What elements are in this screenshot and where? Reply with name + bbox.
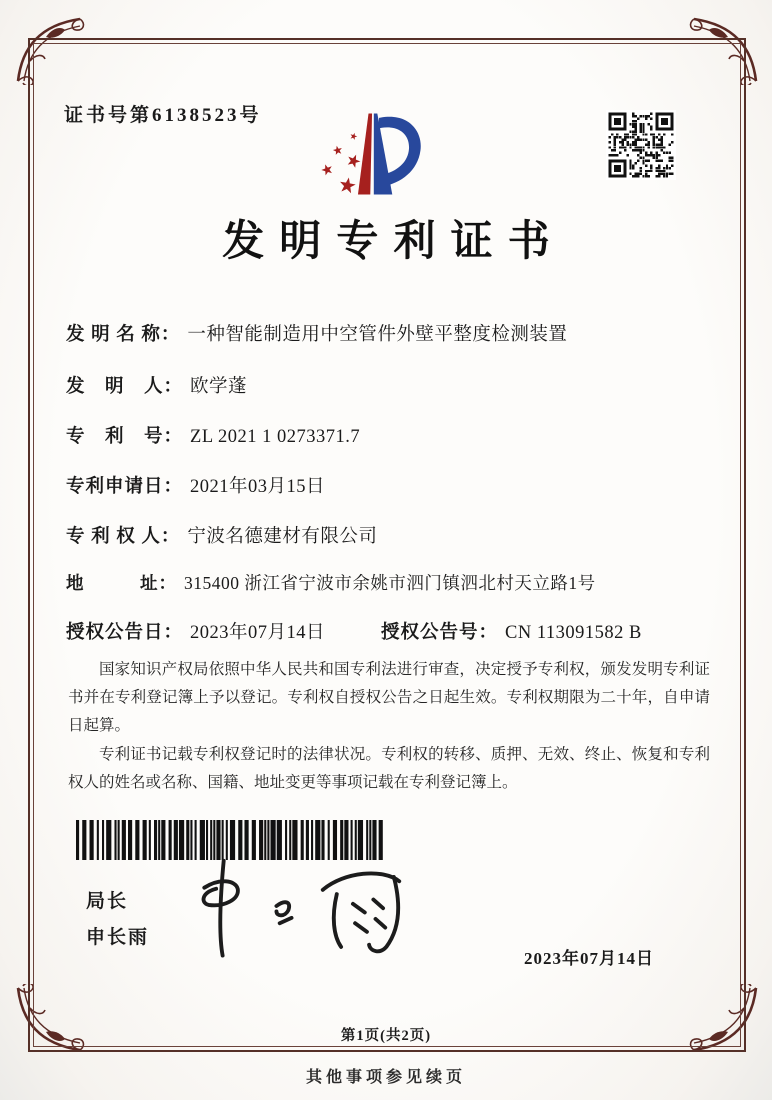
field-value: 315400 浙江省宁波市余姚市泗门镇泗北村天立路1号 [184, 573, 596, 593]
qr-code [606, 110, 676, 180]
logo-p-bowl [378, 117, 421, 187]
field-value: 2023年07月14日 [190, 623, 325, 643]
certificate: 证书号第6138523号 发明专利证书 发 明 名 称：一种智能制造用 [0, 0, 772, 1100]
continuation-note: 其他事项参见续页 [0, 1064, 772, 1087]
field-address: 地 址：315400 浙江省宁波市余姚市泗门镇泗北村天立路1号 [66, 570, 736, 595]
field-label: 专 利 权 人： [66, 527, 180, 547]
legal-text: 国家知识产权局依照中华人民共和国专利法进行审查，决定授予专利权，颁发发明专利证书… [68, 656, 710, 797]
field-value: 2021年03月15日 [190, 477, 325, 497]
certificate-number: 证书号第6138523号 [64, 100, 262, 127]
field-inventor: 发 明 人：欧学蓬 [66, 372, 736, 398]
field-label: 地 址： [66, 573, 177, 593]
director-name: 申长雨 [86, 922, 149, 949]
field-filing-date: 专利申请日：2021年03月15日 [66, 472, 736, 498]
field-label: 专利申请日： [66, 477, 183, 497]
cnipa-logo [299, 96, 475, 212]
field-label: 授权公告号： [381, 623, 498, 643]
field-label: 授权公告日： [66, 623, 183, 643]
logo-stars [320, 132, 362, 194]
legal-paragraph-2: 专利证书记载专利权登记时的法律状况。专利权的转移、质押、无效、终止、恢复和专利权… [68, 741, 710, 797]
field-invention-name: 发 明 名 称：一种智能制造用中空管件外壁平整度检测装置 [66, 320, 736, 346]
director-title: 局长 [86, 886, 128, 913]
field-label: 发 明 人： [66, 377, 183, 397]
field-patentee: 专 利 权 人：宁波名德建材有限公司 [66, 522, 736, 548]
issue-date: 2023年07月14日 [524, 944, 654, 969]
field-value: ZL 2021 1 0273371.7 [190, 427, 360, 447]
field-grant: 授权公告日：2023年07月14日授权公告号：CN 113091582 B [66, 618, 736, 644]
field-value: 宁波名德建材有限公司 [187, 527, 377, 547]
field-patent-number: 专 利 号：ZL 2021 1 0273371.7 [66, 422, 736, 448]
field-value: 欧学蓬 [190, 377, 247, 397]
page-number: 第1页(共2页) [0, 1024, 772, 1045]
logo-red-stroke [358, 114, 372, 195]
field-label: 发 明 名 称： [66, 325, 180, 345]
signature-handwriting [172, 852, 452, 960]
field-label: 专 利 号： [66, 427, 183, 447]
field-value: CN 113091582 B [505, 623, 642, 643]
legal-paragraph-1: 国家知识产权局依照中华人民共和国专利法进行审查，决定授予专利权，颁发发明专利证书… [68, 656, 710, 741]
certificate-title: 发明专利证书 [0, 208, 772, 268]
field-value: 一种智能制造用中空管件外壁平整度检测装置 [187, 325, 567, 345]
